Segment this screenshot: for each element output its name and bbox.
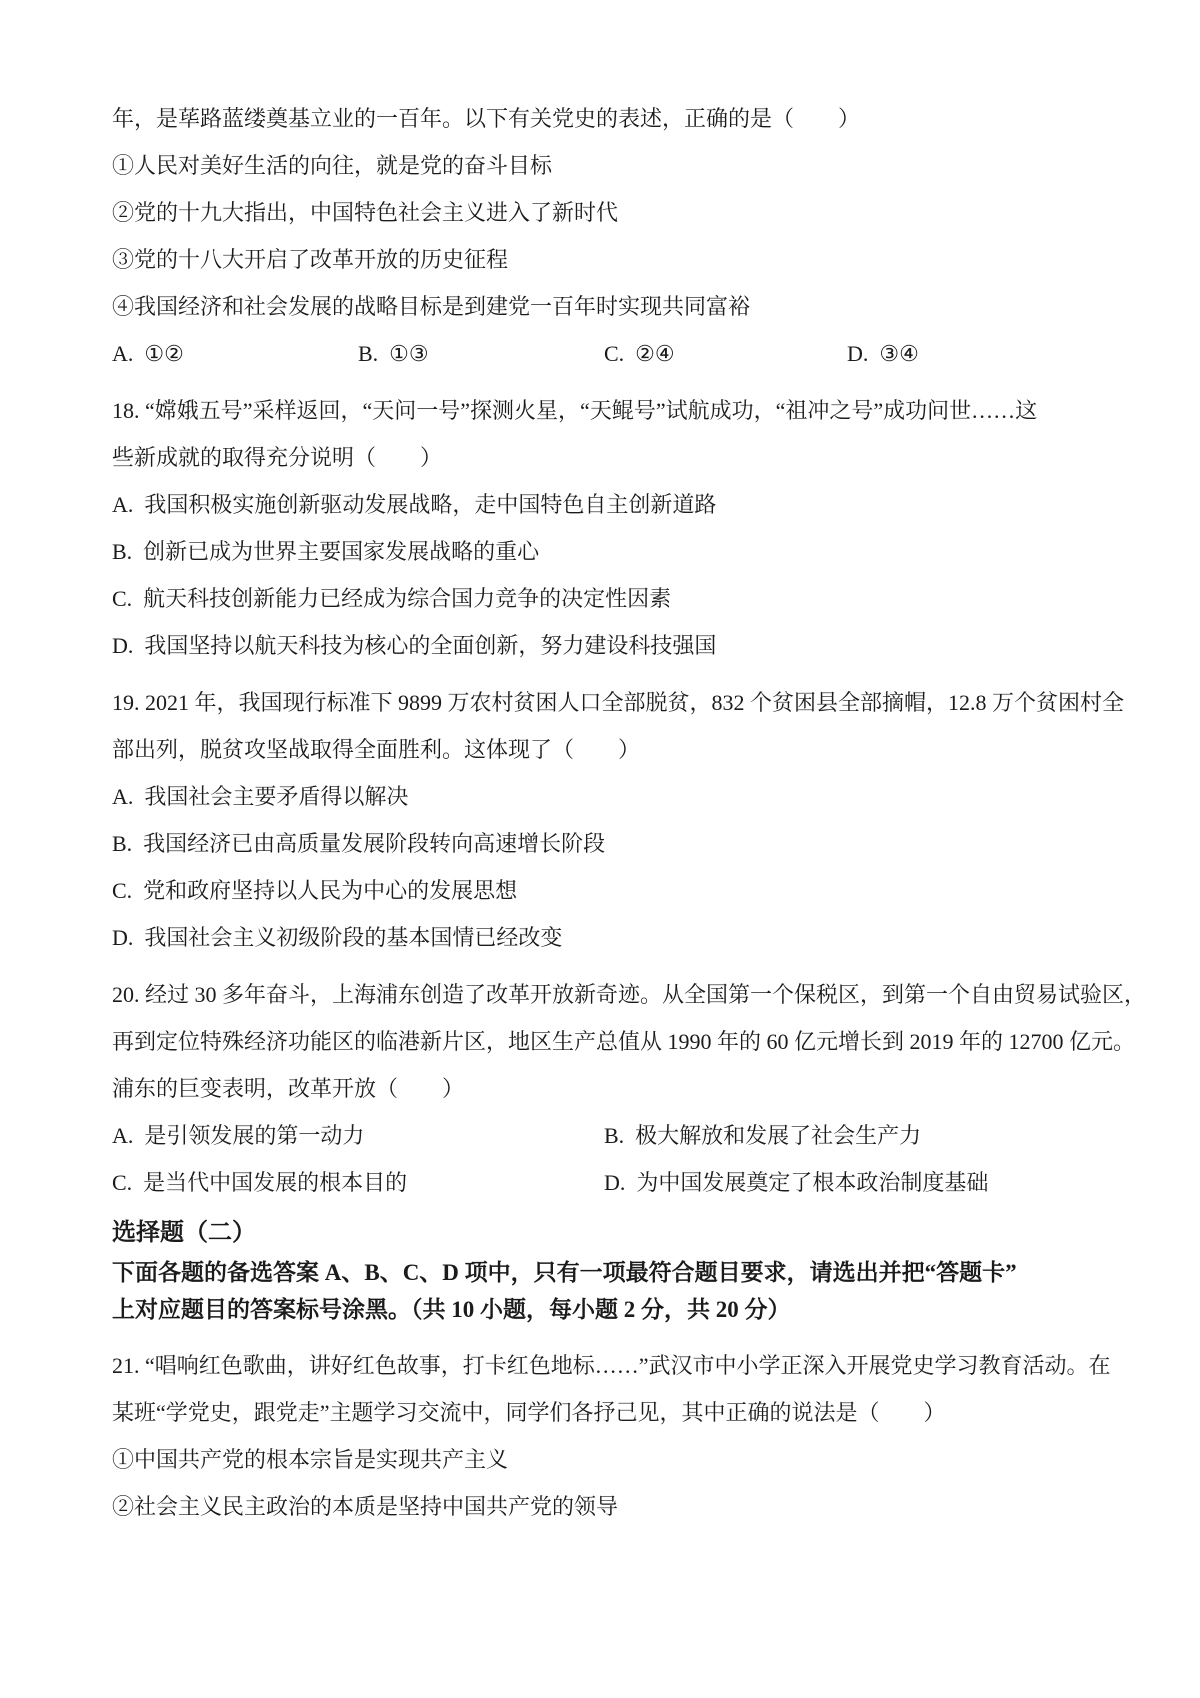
- q17-options-row: A. ①② B. ①③ C. ②④ D. ③④: [112, 330, 1114, 377]
- q17-item-2: ②党的十九大指出，中国特色社会主义进入了新时代: [112, 189, 1114, 236]
- q18-option-c: C. 航天科技创新能力已经成为综合国力竞争的决定性因素: [112, 575, 1114, 622]
- q21-item-2: ②社会主义民主政治的本质是坚持中国共产党的领导: [112, 1483, 1114, 1530]
- q17-stem-continuation: 年，是荜路蓝缕奠基立业的一百年。以下有关党史的表述，正确的是（ ）: [112, 95, 1114, 142]
- q19-stem-line-2: 部出列，脱贫攻坚战取得全面胜利。这体现了（ ）: [112, 726, 1114, 773]
- q19-option-a: A. 我国社会主要矛盾得以解决: [112, 773, 1114, 820]
- q19-option-c: C. 党和政府坚持以人民为中心的发展思想: [112, 867, 1114, 914]
- q17-option-a: A. ①②: [112, 330, 358, 377]
- q20-option-d: D. 为中国发展奠定了根本政治制度基础: [604, 1159, 1114, 1206]
- q17-option-c: C. ②④: [604, 330, 847, 377]
- section-2-title: 选择题（二）: [112, 1212, 1114, 1254]
- q17-item-3: ③党的十八大开启了改革开放的历史征程: [112, 236, 1114, 283]
- q17-option-b: B. ①③: [358, 330, 604, 377]
- q20-options-row-1: A. 是引领发展的第一动力 B. 极大解放和发展了社会生产力: [112, 1112, 1114, 1159]
- q20-stem-line-3: 浦东的巨变表明，改革开放（ ）: [112, 1065, 1114, 1112]
- section-2-instructions-line-1: 下面各题的备选答案 A、B、C、D 项中，只有一项最符合题目要求，请选出并把“答…: [112, 1254, 1114, 1291]
- q19-stem-line-1: 19. 2021 年，我国现行标准下 9899 万农村贫困人口全部脱贫，832 …: [112, 679, 1114, 726]
- q17-option-d: D. ③④: [847, 330, 1114, 377]
- q17-item-1: ①人民对美好生活的向往，就是党的奋斗目标: [112, 142, 1114, 189]
- q20-stem-line-1: 20. 经过 30 多年奋斗，上海浦东创造了改革开放新奇迹。从全国第一个保税区，…: [112, 971, 1114, 1018]
- q19-option-d: D. 我国社会主义初级阶段的基本国情已经改变: [112, 914, 1114, 961]
- q18-option-b: B. 创新已成为世界主要国家发展战略的重心: [112, 528, 1114, 575]
- q20-option-b: B. 极大解放和发展了社会生产力: [604, 1112, 1114, 1159]
- q17-item-4: ④我国经济和社会发展的战略目标是到建党一百年时实现共同富裕: [112, 283, 1114, 330]
- q18-stem-line-1: 18. “嫦娥五号”采样返回，“天问一号”探测火星，“天鲲号”试航成功，“祖冲之…: [112, 387, 1114, 434]
- exam-document-page: 年，是荜路蓝缕奠基立业的一百年。以下有关党史的表述，正确的是（ ） ①人民对美好…: [0, 0, 1200, 1530]
- q18-option-a: A. 我国积极实施创新驱动发展战略，走中国特色自主创新道路: [112, 481, 1114, 528]
- q20-options-row-2: C. 是当代中国发展的根本目的 D. 为中国发展奠定了根本政治制度基础: [112, 1159, 1114, 1206]
- q20-option-a: A. 是引领发展的第一动力: [112, 1112, 604, 1159]
- q19-option-b: B. 我国经济已由高质量发展阶段转向高速增长阶段: [112, 820, 1114, 867]
- q20-option-c: C. 是当代中国发展的根本目的: [112, 1159, 604, 1206]
- q18-stem-line-2: 些新成就的取得充分说明（ ）: [112, 434, 1114, 481]
- section-2-instructions-line-2: 上对应题目的答案标号涂黑。（共 10 小题，每小题 2 分，共 20 分）: [112, 1291, 1114, 1328]
- q20-stem-line-2: 再到定位特殊经济功能区的临港新片区，地区生产总值从 1990 年的 60 亿元增…: [112, 1018, 1114, 1065]
- q18-option-d: D. 我国坚持以航天科技为核心的全面创新，努力建设科技强国: [112, 622, 1114, 669]
- q21-item-1: ①中国共产党的根本宗旨是实现共产主义: [112, 1436, 1114, 1483]
- q21-stem-line-1: 21. “唱响红色歌曲，讲好红色故事，打卡红色地标……”武汉市中小学正深入开展党…: [112, 1342, 1114, 1389]
- q21-stem-line-2: 某班“学党史，跟党走”主题学习交流中，同学们各抒己见，其中正确的说法是（ ）: [112, 1389, 1114, 1436]
